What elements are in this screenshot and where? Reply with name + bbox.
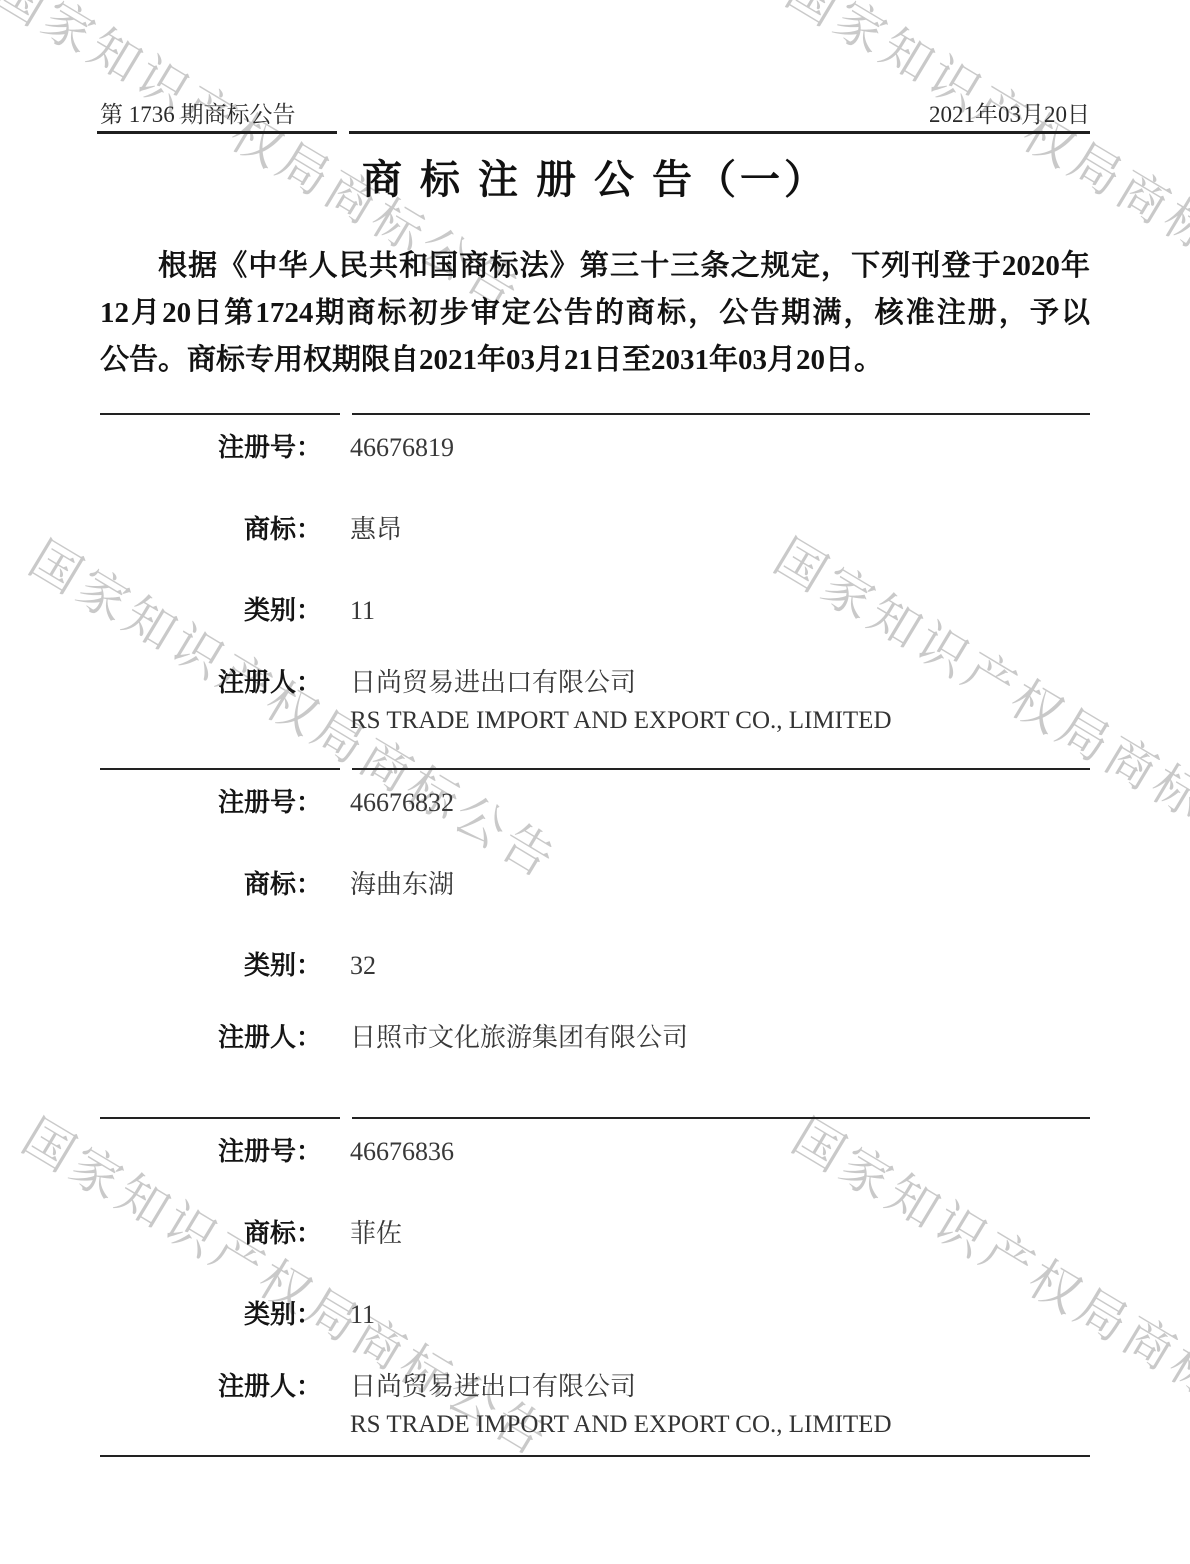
class-label: 类别： [100, 949, 322, 983]
registrant-cn-value: 日照市文化旅游集团有限公司 [350, 1021, 688, 1055]
record-divider-gap [340, 413, 352, 415]
reg-no-value: 46676819 [350, 431, 454, 465]
class-label: 类别： [100, 594, 322, 628]
class-label: 类别： [100, 1298, 322, 1332]
record-divider-gap [340, 768, 352, 770]
registrant-label: 注册人： [100, 1370, 322, 1404]
reg-no-value: 46676832 [350, 786, 454, 820]
registrant-en-value: RS TRADE IMPORT AND EXPORT CO., LIMITED [350, 1409, 1090, 1441]
reg-no-label: 注册号： [100, 1135, 322, 1169]
class-value: 11 [350, 594, 375, 628]
record-divider [100, 1117, 1090, 1119]
reg-no-label: 注册号： [100, 786, 322, 820]
reg-no-label: 注册号： [100, 431, 322, 465]
bottom-rule [100, 1455, 1090, 1457]
trademark-value: 海曲东湖 [350, 868, 454, 902]
trademark-value: 惠昂 [350, 513, 402, 547]
trademark-label: 商标： [100, 513, 322, 547]
intro-line-1: 根据《中华人民共和国商标法》第三十三条之规定，下列刊登于2020年 [100, 243, 1090, 290]
trademark-record-2: 注册号： 46676832 商标： 海曲东湖 类别： 32 注册人： 日照市文化… [100, 768, 1090, 1113]
registrant-en-value: RS TRADE IMPORT AND EXPORT CO., LIMITED [350, 705, 1090, 737]
gazette-issue-label: 第 1736 期商标公告 [100, 96, 296, 129]
registrant-label: 注册人： [100, 1021, 322, 1055]
header-rule [97, 131, 1090, 134]
registrant-cn-value: 日尚贸易进出口有限公司 [350, 666, 636, 700]
trademark-label: 商标： [100, 868, 322, 902]
registrant-cn-value: 日尚贸易进出口有限公司 [350, 1370, 636, 1404]
trademark-label: 商标： [100, 1217, 322, 1251]
registrant-label: 注册人： [100, 666, 322, 700]
trademark-record-3: 注册号： 46676836 商标： 菲佐 类别： 11 注册人： 日尚贸易进出口… [100, 1117, 1090, 1462]
class-value: 32 [350, 949, 376, 983]
reg-no-value: 46676836 [350, 1135, 454, 1169]
trademark-gazette-page: 国家知识产权局商标公告 国家知识产权局商标公告 国家知识产权局商标公告 国家知识… [0, 0, 1190, 1564]
trademark-record-1: 注册号： 46676819 商标： 惠昂 类别： 11 注册人： 日尚贸易进出口… [100, 413, 1090, 758]
intro-line-2: 12月20日第1724期商标初步审定公告的商标，公告期满，核准注册，予以 [100, 290, 1090, 337]
gazette-date: 2021年03月20日 [929, 96, 1090, 129]
header-rule-gap [337, 131, 349, 134]
class-value: 11 [350, 1298, 375, 1332]
page-title: 商 标 注 册 公 告（一） [100, 148, 1090, 205]
intro-paragraph: 根据《中华人民共和国商标法》第三十三条之规定，下列刊登于2020年 12月20日… [100, 243, 1090, 384]
trademark-value: 菲佐 [350, 1217, 402, 1251]
record-divider-gap [340, 1117, 352, 1119]
record-divider [100, 768, 1090, 770]
record-divider [100, 413, 1090, 415]
intro-line-3: 公告。商标专用权期限自2021年03月21日至2031年03月20日。 [100, 337, 1090, 384]
